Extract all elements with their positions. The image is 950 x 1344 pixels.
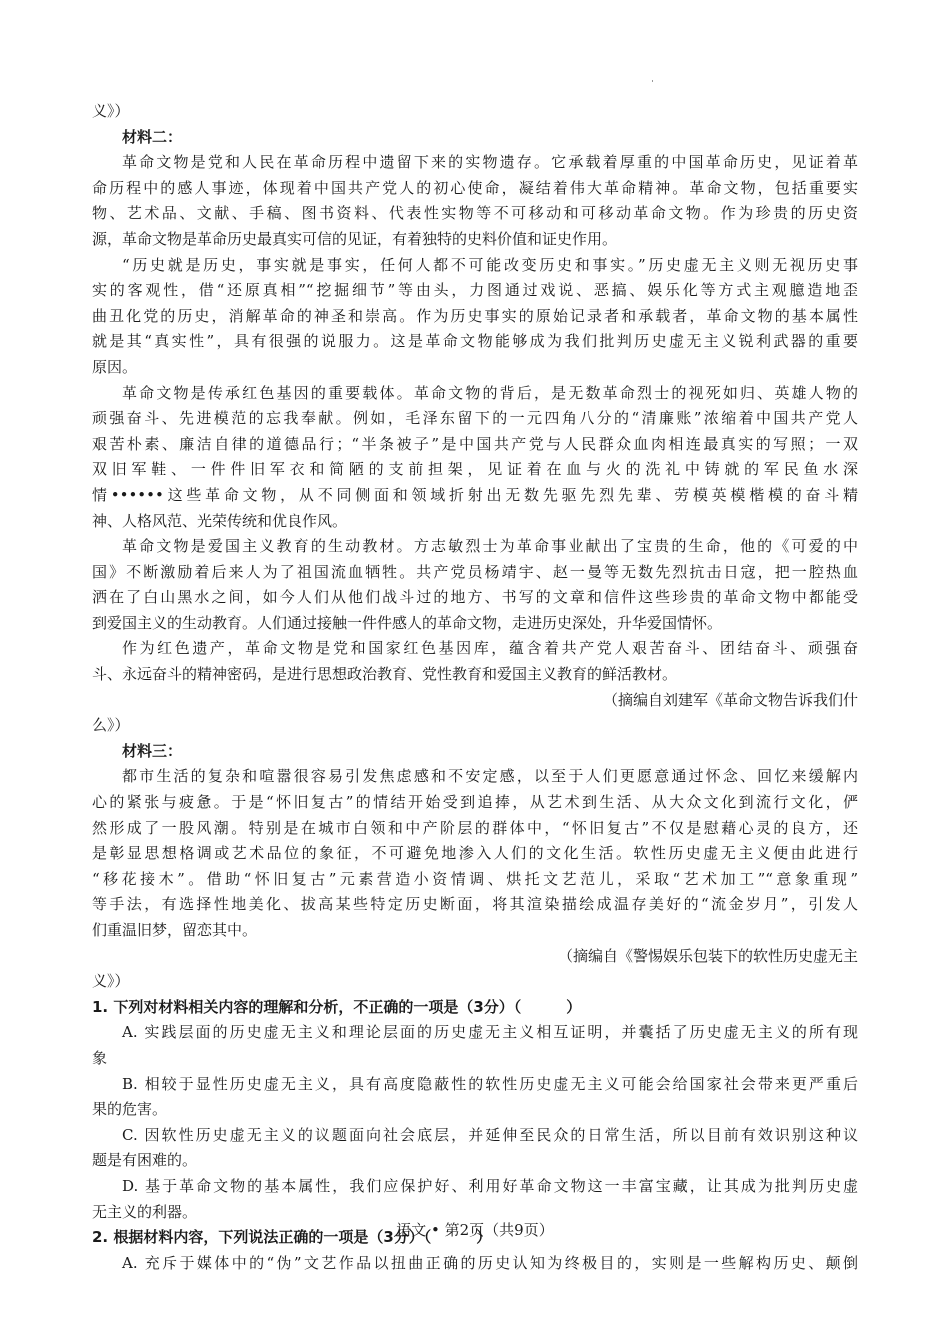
text-line: A. 充斥于媒体中的“伪”文艺作品以扭曲正确的历史认知为终极目的，实则是一些解构…: [92, 1251, 858, 1277]
text-line: C. 因软性历史虚无主义的议题面向社会底层，并延伸至民众的日常生活，所以目前有效…: [92, 1123, 858, 1149]
text-line: A. 实践层面的历史虚无主义和理论层面的历史虚无主义相互证明，并囊括了历史虚无主…: [92, 1020, 858, 1046]
source-citation: （摘编自刘建军《革命文物告诉我们什: [92, 688, 858, 714]
text-line: 题是有困难的。: [92, 1148, 858, 1174]
text-line: 实的客观性，借“还原真相”“挖掘细节”等由头，力图通过戏说、恶搞、娱乐化等方式主…: [92, 278, 858, 304]
text-line: 然形成了一股风潮。特别是在城市白领和中产阶层的群体中，“怀旧复古”不仅是慰藉心灵…: [92, 816, 858, 842]
question-stem: 1. 下列对材料相关内容的理解和分析，不正确的一项是（3分）（ ）: [92, 995, 858, 1021]
text-line: 源，革命文物是革命历史最真实可信的见证，有着独特的史料价值和证史作用。: [92, 227, 858, 253]
page-footer: 语文 • 第2页（共9页）: [0, 1219, 950, 1240]
text-line: 革命文物是党和人民在革命历程中遗留下来的实物遗存。它承载着厚重的中国革命历史，见…: [92, 150, 858, 176]
text-line: 义》）: [92, 969, 858, 995]
text-line: “历史就是历史，事实就是事实，任何人都不可能改变历史和事实。”历史虚无主义则无视…: [92, 253, 858, 279]
text-line: 就是其“真实性”，具有很强的说服力。这是革命文物能够成为我们批判历史虚无主义锐利…: [92, 329, 858, 355]
text-line: 心的紧张与疲惫。于是“怀旧复古”的情结开始受到追捧，从艺术到生活、从大众文化到流…: [92, 790, 858, 816]
section-heading: 材料三：: [92, 739, 858, 765]
text-line: 原因。: [92, 355, 858, 381]
document-body: 义》）材料二：革命文物是党和人民在革命历程中遗留下来的实物遗存。它承载着厚重的中…: [92, 99, 858, 1276]
text-line: 国》不断激励着后来人为了祖国流血牺牲。共产党员杨靖宇、赵一曼等无数先烈抗击日寇，…: [92, 560, 858, 586]
text-line: 革命文物是传承红色基因的重要载体。革命文物的背后，是无数革命烈士的视死如归、英雄…: [92, 381, 858, 407]
text-line: 神、人格风范、光荣传统和优良作风。: [92, 509, 858, 535]
text-line: “移花接木”。借助“怀旧复古”元素营造小资情调、烘托文艺范儿，采取“艺术加工”“…: [92, 867, 858, 893]
text-line: 么》）: [92, 713, 858, 739]
text-line: 到爱国主义的生动教育。人们通过接触一件件感人的革命文物，走进历史深处，升华爱国情…: [92, 611, 858, 637]
text-line: 都市生活的复杂和喧嚣很容易引发焦虑感和不安定感，以至于人们更愿意通过怀念、回忆来…: [92, 764, 858, 790]
text-line: 艰苦朴素、廉洁自律的道德品行；“半条被子”是中国共产党与人民群众血肉相连最真实的…: [92, 432, 858, 458]
text-line: 等手法，有选择性地美化、拔高某些特定历史断面，将其渲染描绘成温存美好的“流金岁月…: [92, 892, 858, 918]
text-line: D. 基于革命文物的基本属性，我们应保护好、利用好革命文物这一丰富宝藏，让其成为…: [92, 1174, 858, 1200]
text-line: 们重温旧梦，留恋其中。: [92, 918, 858, 944]
text-line: 命历程中的感人事迹，体现着中国共产党人的初心使命，凝结着伟大革命精神。革命文物，…: [92, 176, 858, 202]
scan-speck: [652, 80, 653, 82]
text-line: 作为红色遗产，革命文物是党和国家红色基因库，蕴含着共产党人艰苦奋斗、团结奋斗、顽…: [92, 636, 858, 662]
text-line: 斗、永远奋斗的精神密码，是进行思想政治教育、党性教育和爱国主义教育的鲜活教材。: [92, 662, 858, 688]
text-line: 革命文物是爱国主义教育的生动教材。方志敏烈士为革命事业献出了宝贵的生命，他的《可…: [92, 534, 858, 560]
text-line: 象: [92, 1046, 858, 1072]
text-line: 物、艺术品、文献、手稿、图书资料、代表性实物等不可移动和可移动革命文物。作为珍贵…: [92, 201, 858, 227]
text-line: 情••••••这些革命文物，从不同侧面和领域折射出无数先驱先烈先辈、劳模英模楷模…: [92, 483, 858, 509]
text-line: 顽强奋斗、先进模范的忘我奉献。例如，毛泽东留下的一元四角八分的“清廉账”浓缩着中…: [92, 406, 858, 432]
text-line: 双旧军鞋、一件件旧军衣和简陋的支前担架，见证着在血与火的洗礼中铸就的军民鱼水深: [92, 457, 858, 483]
source-citation: （摘编自《警惕娱乐包装下的软性历史虚无主: [92, 944, 858, 970]
text-line: B. 相较于显性历史虚无主义，具有高度隐蔽性的软性历史虚无主义可能会给国家社会带…: [92, 1072, 858, 1098]
text-line: 义》）: [92, 99, 858, 125]
text-line: 曲丑化党的历史，消解革命的神圣和崇高。作为历史事实的原始记录者和承载者，革命文物…: [92, 304, 858, 330]
text-line: 是彰显思想格调或艺术品位的象征，不可避免地渗入人们的文化生活。软性历史虚无主义便…: [92, 841, 858, 867]
text-line: 洒在了白山黑水之间，如今人们从他们战斗过的地方、书写的文章和信件这些珍贵的革命文…: [92, 585, 858, 611]
text-line: 果的危害。: [92, 1097, 858, 1123]
section-heading: 材料二：: [92, 125, 858, 151]
